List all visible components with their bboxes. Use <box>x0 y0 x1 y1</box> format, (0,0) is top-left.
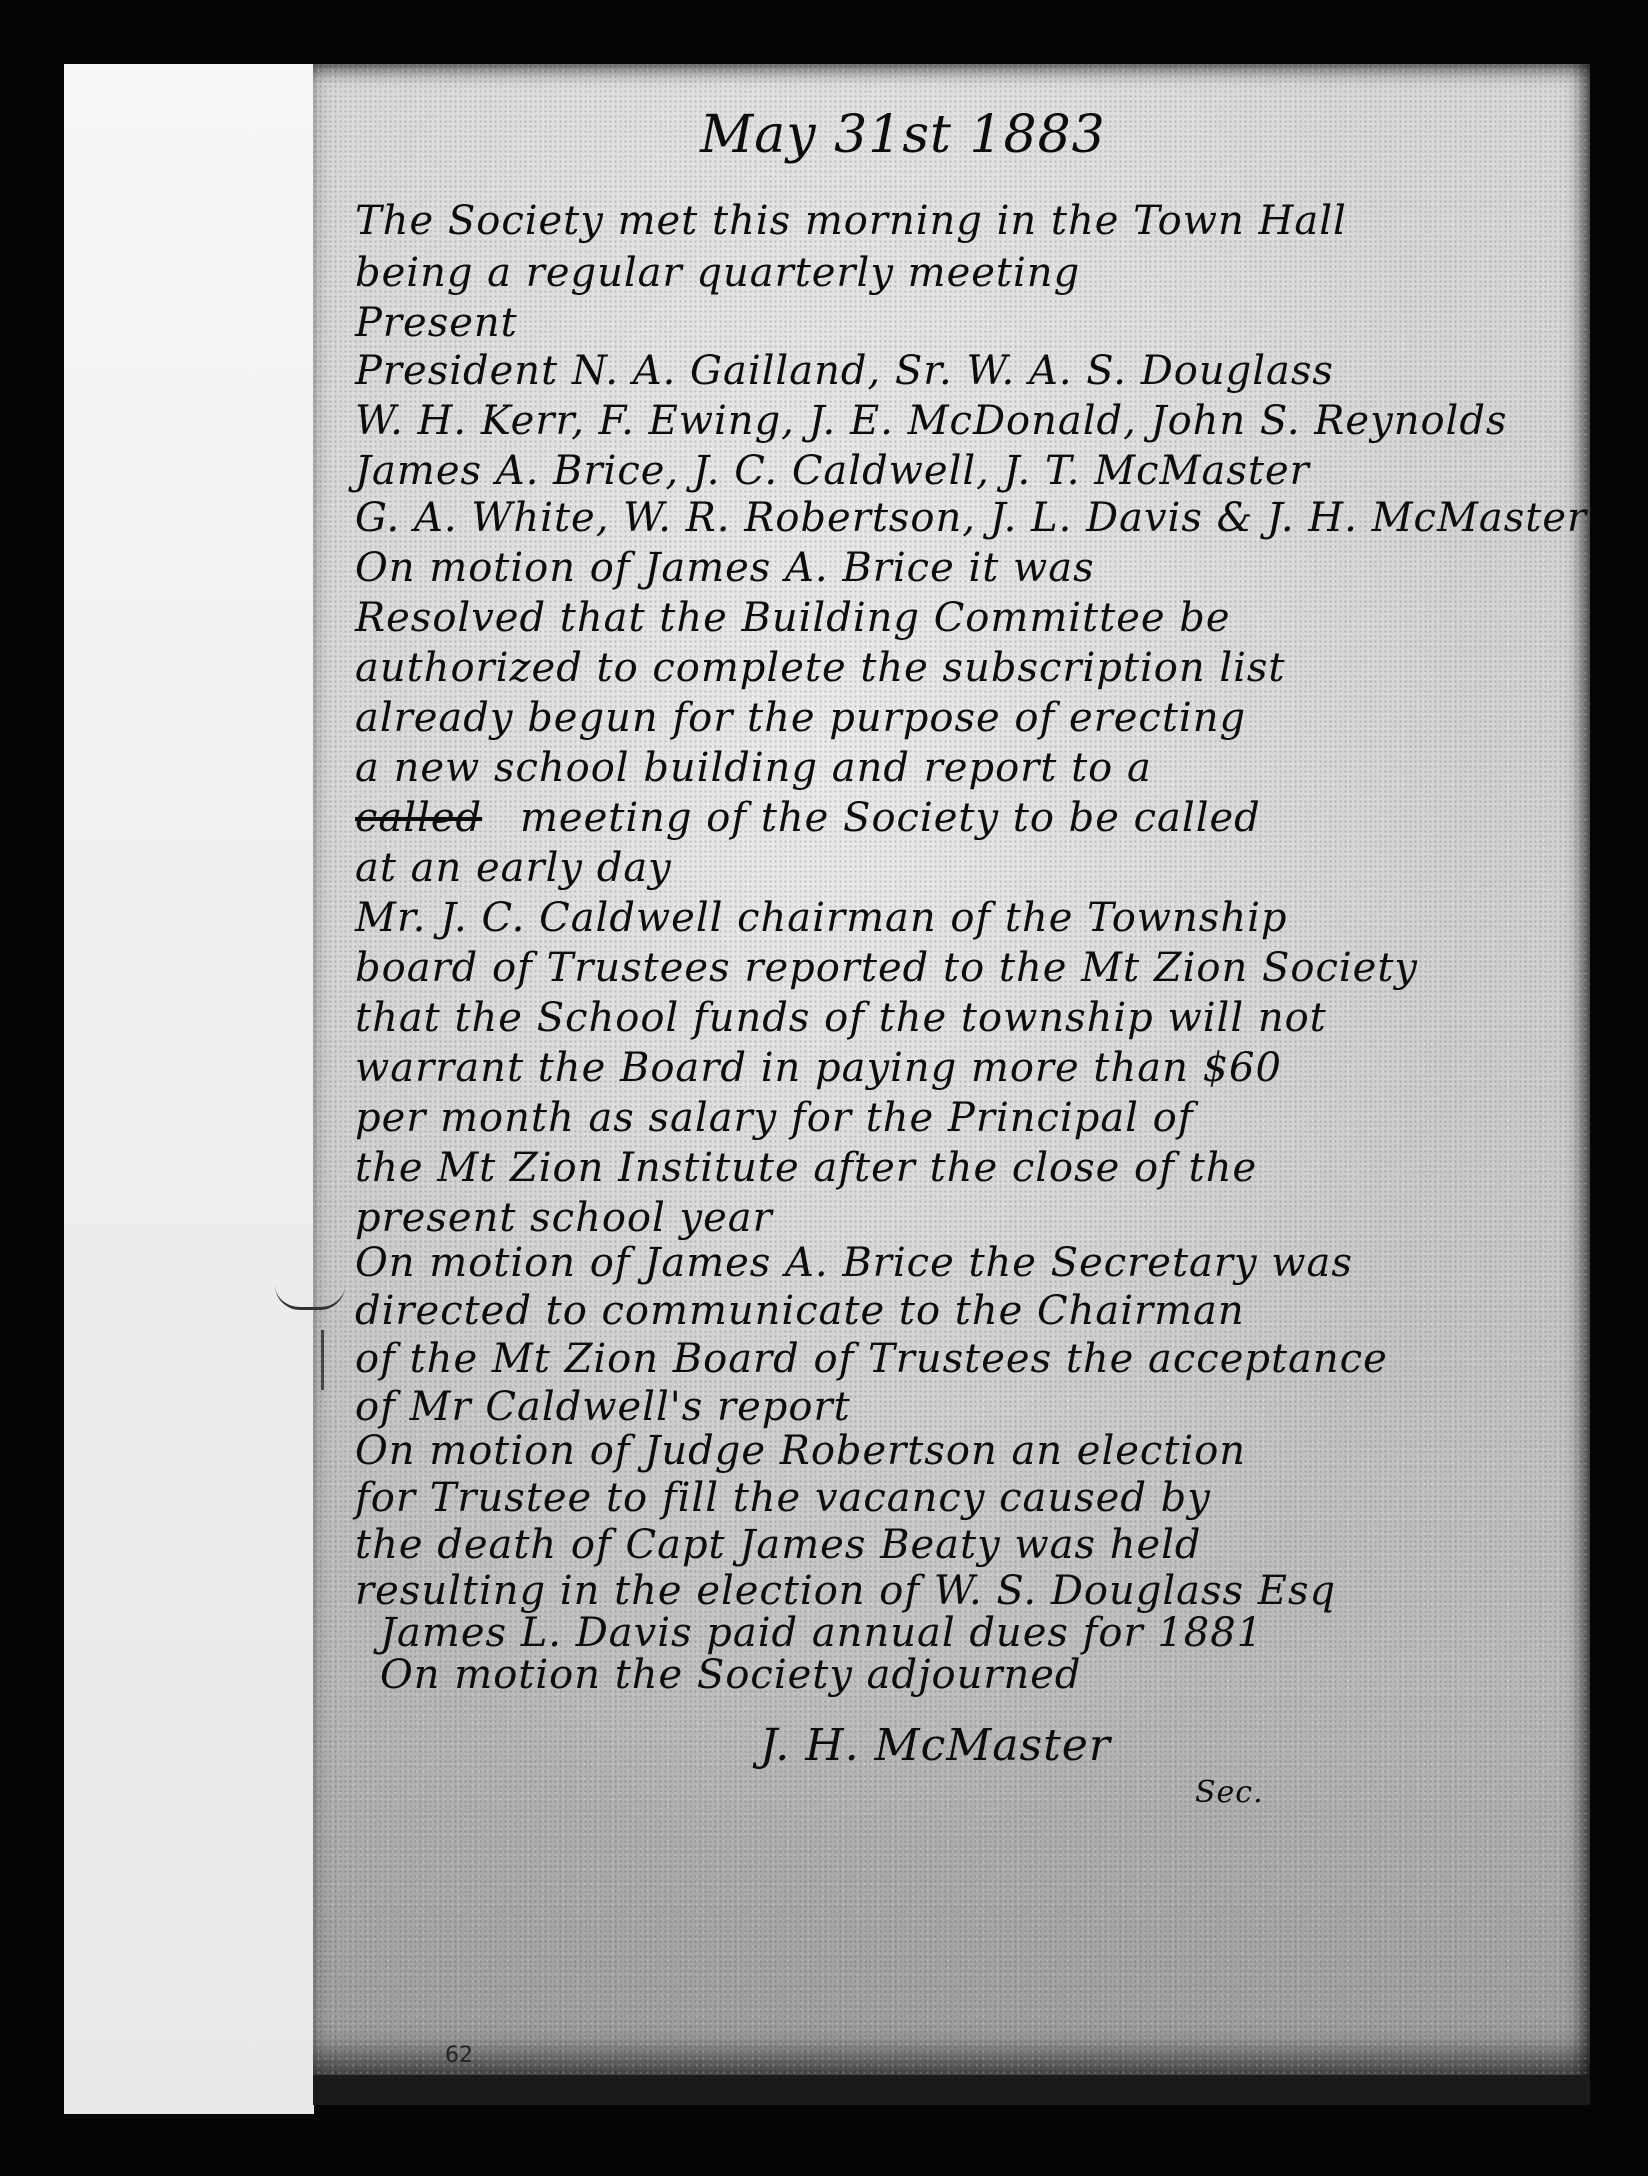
text-line: W. H. Kerr, F. Ewing, J. E. McDonald, Jo… <box>355 398 1507 444</box>
text-line: James A. Brice, J. C. Caldwell, J. T. Mc… <box>355 448 1310 494</box>
text-line: Present <box>355 300 518 346</box>
text-line: that the School funds of the township wi… <box>355 995 1327 1041</box>
text-line: the Mt Zion Institute after the close of… <box>355 1145 1257 1191</box>
text-line: the death of Capt James Beaty was held <box>355 1522 1202 1568</box>
text-line: On motion of James A. Brice it was <box>355 545 1095 591</box>
text-line: a new school building and report to a <box>355 745 1152 791</box>
text-line: meeting of the Society to be called <box>520 795 1261 841</box>
left-margin-strip <box>64 64 314 2114</box>
text-line: for Trustee to fill the vacancy caused b… <box>355 1475 1211 1521</box>
text-line: James L. Davis paid annual dues for 1881 <box>380 1610 1263 1656</box>
document-date: May 31st 1883 <box>700 105 1106 165</box>
text-line: G. A. White, W. R. Robertson, J. L. Davi… <box>355 495 1587 541</box>
text-line: President N. A. Gailland, Sr. W. A. S. D… <box>355 348 1334 394</box>
text-line: directed to communicate to the Chairman <box>355 1288 1245 1334</box>
text-line: resulting in the election of W. S. Dougl… <box>355 1568 1336 1614</box>
text-line: On motion of James A. Brice the Secretar… <box>355 1240 1353 1286</box>
signature: J. H. McMaster <box>760 1720 1111 1771</box>
signature-title: Sec. <box>1195 1775 1264 1810</box>
text-line: Mr. J. C. Caldwell chairman of the Towns… <box>355 895 1288 941</box>
text-line: The Society met this morning in the Town… <box>355 198 1347 244</box>
text-line: On motion the Society adjourned <box>380 1652 1082 1698</box>
text-line: per month as salary for the Principal of <box>355 1095 1194 1141</box>
text-line: On motion of Judge Robertson an election <box>355 1428 1246 1474</box>
text-line: warrant the Board in paying more than $6… <box>355 1045 1282 1091</box>
text-line: already begun for the purpose of erectin… <box>355 695 1246 741</box>
text-line: present school year <box>355 1195 773 1241</box>
text-line: of Mr Caldwell's report <box>355 1384 851 1430</box>
margin-tick-mark <box>321 1330 324 1390</box>
text-line: being a regular quarterly meeting <box>355 250 1080 296</box>
page-bottom-shadow <box>313 2075 1590 2105</box>
text-line: called <box>355 795 482 841</box>
text-line: board of Trustees reported to the Mt Zio… <box>355 945 1418 991</box>
text-line: authorized to complete the subscription … <box>355 645 1286 691</box>
page-number: 62 <box>445 2043 473 2068</box>
text-line: Resolved that the Building Committee be <box>355 595 1231 641</box>
text-line: at an early day <box>355 845 672 891</box>
text-line: of the Mt Zion Board of Trustees the acc… <box>355 1336 1388 1382</box>
struck-word: called <box>355 795 482 841</box>
